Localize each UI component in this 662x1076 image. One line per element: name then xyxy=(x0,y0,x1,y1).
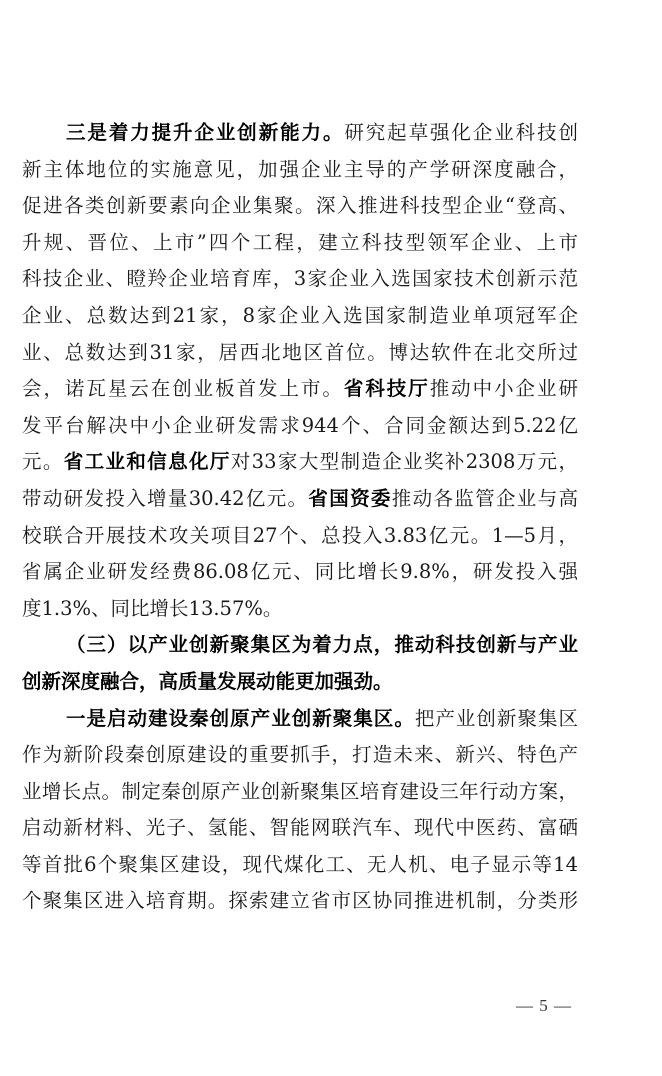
text-line: 会，诺瓦星云在创业板首发上市。省科技厅推动中小企业研 xyxy=(22,371,578,408)
line-text: 业、总数达到31家，居西北地区首位。博达软件在北交所过 xyxy=(22,341,578,364)
text-line: 省属企业研发经费86.08亿元、同比增长9.8%，研发投入强 xyxy=(22,554,578,591)
text-line: 校联合开展技术攻关项目27个、总投入3.83亿元。1—5月， xyxy=(22,518,578,555)
section-heading-line: （三）以产业创新聚集区为着力点，推动科技创新与产业 xyxy=(22,627,578,664)
text-line: 作为新阶段秦创原建设的重要抓手，打造未来、新兴、特色产 xyxy=(22,737,578,774)
text-line: 元。省工业和信息化厅对33家大型制造企业奖补2308万元， xyxy=(22,444,578,481)
line-text: 对33家大型制造企业奖补2308万元， xyxy=(231,450,578,473)
bold-heading: 一是启动建设秦创原产业创新聚集区。 xyxy=(66,707,415,730)
text-line: 三是着力提升企业创新能力。研究起草强化企业科技创 xyxy=(22,115,578,152)
bold-department: 省科技厅 xyxy=(344,377,430,400)
text-line: 个聚集区进入培育期。探索建立省市区协同推进机制，分类形 xyxy=(22,883,578,920)
line-text: 校联合开展技术攻关项目27个、总投入3.83亿元。1—5月， xyxy=(22,524,578,547)
line-text: 促进各类创新要素向企业集聚。深入推进科技型企业“登高、 xyxy=(22,194,578,217)
bold-heading: 三是着力提升企业创新能力。 xyxy=(66,121,344,144)
line-text: 研究起草强化企业科技创 xyxy=(344,121,578,144)
text-line: 企业、总数达到21家，8家企业入选国家制造业单项冠军企 xyxy=(22,298,578,335)
section-heading: （三）以产业创新聚集区为着力点，推动科技创新与产业 xyxy=(66,633,578,656)
line-text: 把产业创新聚集区 xyxy=(415,707,578,730)
text-line: 度1.3%、同比增长13.57%。 xyxy=(22,591,578,628)
line-text: 推动中小企业研 xyxy=(430,377,578,400)
text-line: 发平台解决中小企业研发需求944个、合同金额达到5.22亿 xyxy=(22,408,578,445)
line-text: 等首批6个聚集区建设，现代煤化工、无人机、电子显示等14 xyxy=(22,853,578,876)
line-text: 带动研发投入增量30.42亿元。 xyxy=(22,487,308,510)
line-text: 发平台解决中小企业研发需求944个、合同金额达到5.22亿 xyxy=(22,414,578,437)
line-text: 科技企业、瞪羚企业培育库，3家企业入选国家技术创新示范 xyxy=(22,267,578,290)
line-text: 升规、晋位、上市”四个工程，建立科技型领军企业、上市 xyxy=(22,231,578,254)
line-text: 新主体地位的实施意见，加强企业主导的产学研深度融合， xyxy=(22,158,578,181)
line-text: 省属企业研发经费86.08亿元、同比增长9.8%，研发投入强 xyxy=(22,560,578,583)
text-line: 一是启动建设秦创原产业创新聚集区。把产业创新聚集区 xyxy=(22,701,578,738)
text-line: 科技企业、瞪羚企业培育库，3家企业入选国家技术创新示范 xyxy=(22,261,578,298)
line-text: 元。 xyxy=(22,450,64,473)
line-text: 企业、总数达到21家，8家企业入选国家制造业单项冠军企 xyxy=(22,304,578,327)
body-text: 三是着力提升企业创新能力。研究起草强化企业科技创 新主体地位的实施意见，加强企业… xyxy=(22,115,578,920)
text-line: 升规、晋位、上市”四个工程，建立科技型领军企业、上市 xyxy=(22,225,578,262)
line-text: 作为新阶段秦创原建设的重要抓手，打造未来、新兴、特色产 xyxy=(22,743,578,766)
page-number: — 5 — xyxy=(516,996,572,1016)
text-line: 促进各类创新要素向企业集聚。深入推进科技型企业“登高、 xyxy=(22,188,578,225)
text-line: 业、总数达到31家，居西北地区首位。博达软件在北交所过 xyxy=(22,335,578,372)
document-page: 三是着力提升企业创新能力。研究起草强化企业科技创 新主体地位的实施意见，加强企业… xyxy=(0,0,662,1076)
line-text: 推动各监管企业与高 xyxy=(392,487,578,510)
line-text: 业增长点。制定秦创原产业创新聚集区培育建设三年行动方案， xyxy=(22,780,578,803)
text-line: 新主体地位的实施意见，加强企业主导的产学研深度融合， xyxy=(22,152,578,189)
section-heading-line: 创新深度融合，高质量发展动能更加强劲。 xyxy=(22,664,578,701)
line-text: 启动新材料、光子、氢能、智能网联汽车、现代中医药、富硒 xyxy=(22,816,578,839)
text-line: 带动研发投入增量30.42亿元。省国资委推动各监管企业与高 xyxy=(22,481,578,518)
bold-department: 省工业和信息化厅 xyxy=(64,450,231,473)
bold-department: 省国资委 xyxy=(308,487,391,510)
text-line: 等首批6个聚集区建设，现代煤化工、无人机、电子显示等14 xyxy=(22,847,578,884)
line-text: 个聚集区进入培育期。探索建立省市区协同推进机制，分类形 xyxy=(22,889,578,912)
line-text: 会，诺瓦星云在创业板首发上市。 xyxy=(22,377,344,400)
line-text: 度1.3%、同比增长13.57%。 xyxy=(22,597,282,620)
text-line: 启动新材料、光子、氢能、智能网联汽车、现代中医药、富硒 xyxy=(22,810,578,847)
text-line: 业增长点。制定秦创原产业创新聚集区培育建设三年行动方案， xyxy=(22,774,578,811)
section-heading: 创新深度融合，高质量发展动能更加强劲。 xyxy=(22,670,393,693)
